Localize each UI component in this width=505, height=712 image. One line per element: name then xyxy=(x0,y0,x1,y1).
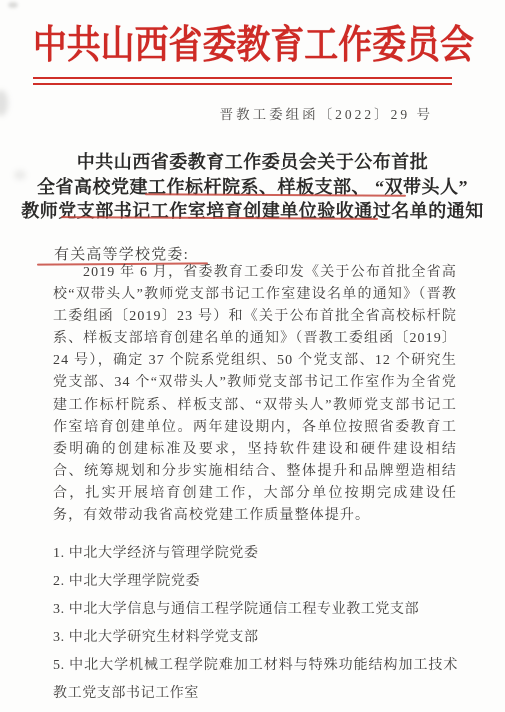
letterhead-double-rule xyxy=(33,77,452,85)
scanned-document-page: 中共山西省委教育工作委员会 晋教工委组函〔2022〕29 号 中共山西省委教育工… xyxy=(0,0,505,712)
scan-smudge xyxy=(0,90,8,116)
list-item: 1. 中北大学经济与管理学院党委 xyxy=(53,540,458,568)
salutation: 有关高等学校党委: xyxy=(54,243,189,264)
body-paragraph: 2019 年 6 月，省委教育工委印发《关于公布首批全省高校“双带头人”教师党支… xyxy=(53,262,457,527)
doc-title: 中共山西省委教育工作委员会关于公布首批 全省高校党建工作标杆院系、样板支部、 “… xyxy=(0,150,505,224)
list-item: 3. 中北大学信息与通信工程学院通信工程专业教工党支部 xyxy=(53,596,458,624)
doc-title-line-1: 中共山西省委教育工作委员会关于公布首批 xyxy=(0,150,505,175)
scan-smudge xyxy=(8,2,18,8)
list-item: 5. 中北大学机械工程学院难加工材料与特殊功能结构加工技术教工党支部书记工作室 xyxy=(53,652,458,708)
doc-title-line-3: 教师党支部书记工作室培育创建单位验收通过名单的通知 xyxy=(0,199,505,224)
list-item: 2. 中北大学理学院党委 xyxy=(53,568,458,596)
approved-units-list: 1. 中北大学经济与管理学院党委 2. 中北大学理学院党委 3. 中北大学信息与… xyxy=(53,540,458,708)
doc-number: 晋教工委组函〔2022〕29 号 xyxy=(220,103,433,123)
list-item: 3. 中北大学研究生材料学党支部 xyxy=(53,624,458,652)
letterhead-org-name: 中共山西省委教育工作委员会 xyxy=(33,25,472,68)
